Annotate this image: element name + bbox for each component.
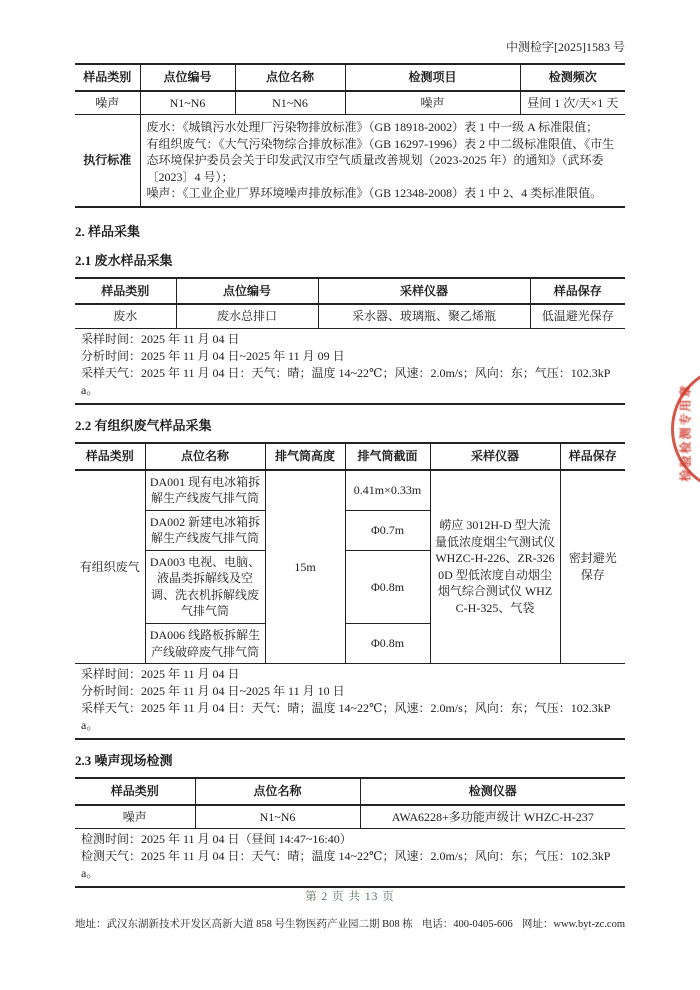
footer-address-text: 地址：武汉东湖新技术开发区高新大道 858 号生物医药产业园二期 B08 栋 bbox=[75, 916, 413, 931]
col-header-point-name: 点位名称 bbox=[195, 778, 360, 805]
col-header-frequency: 检测频次 bbox=[520, 64, 625, 91]
col-header-test-item: 检测项目 bbox=[345, 64, 520, 91]
section-title-organized-gas: 2.2 有组织废气样品采集 bbox=[75, 415, 625, 434]
noise-data-row: 噪声 N1~N6 AWA6228+多功能声级计 WHZC-H-237 bbox=[75, 805, 625, 829]
note-detection-time: 检测时间：2025 年 11 月 04 日（昼间 14:47~16:40） bbox=[81, 831, 619, 848]
section-title-sampling: 2. 样品采集 bbox=[75, 221, 625, 240]
cell-point-code: 废水总排口 bbox=[176, 304, 318, 328]
cell-point-name: DA002 新建电冰箱拆解生产线废气排气筒 bbox=[145, 510, 265, 550]
standards-label: 执行标准 bbox=[75, 115, 140, 207]
standard-line-wastewater: 废水：《城镇污水处理厂污染物排放标准》（GB 18918-2002）表 1 中一… bbox=[147, 119, 620, 136]
gas-header-row: 样品类别 点位名称 排气筒高度 排气筒截面 采样仪器 样品保存 bbox=[75, 443, 625, 470]
red-seal-stamp: 检验检测专用章 bbox=[666, 360, 700, 506]
page-content: 样品类别 点位编号 点位名称 检测项目 检测频次 噪声 N1~N6 N1~N6 … bbox=[75, 63, 625, 888]
cell-preservation: 密封避光保存 bbox=[560, 470, 625, 664]
wastewater-notes-row: 采样时间：2025 年 11 月 04 日 分析时间：2025 年 11 月 0… bbox=[75, 328, 625, 404]
col-header-instrument: 采样仪器 bbox=[318, 278, 530, 305]
gas-row-da001: 有组织废气 DA001 现有电冰箱拆解生产线废气排气筒 15m 0.41m×0.… bbox=[75, 470, 625, 511]
cell-instrument: 崂应 3012H-D 型大流量低浓度烟尘气测试仪 WHZC-H-226、ZR-3… bbox=[430, 470, 560, 664]
note-sampling-weather: 采样天气：2025 年 11 月 04 日：天气：晴；温度 14~22℃；风速：… bbox=[81, 700, 619, 734]
wastewater-table: 样品类别 点位编号 采样仪器 样品保存 废水 废水总排口 采水器、玻璃瓶、聚乙烯… bbox=[75, 277, 625, 405]
cell-stack-section: 0.41m×0.33m bbox=[345, 470, 430, 511]
cell-preservation: 低温避光保存 bbox=[530, 304, 625, 328]
seal-ring-icon bbox=[671, 365, 700, 493]
col-header-stack-section: 排气筒截面 bbox=[345, 443, 430, 470]
cell-stack-section: Φ0.8m bbox=[345, 623, 430, 663]
overview-header-row: 样品类别 点位编号 点位名称 检测项目 检测频次 bbox=[75, 64, 625, 91]
cell-point-name: N1~N6 bbox=[195, 805, 360, 829]
gas-notes-row: 采样时间：2025 年 11 月 04 日 分析时间：2025 年 11 月 0… bbox=[75, 664, 625, 740]
footer-contact-line: 地址：武汉东湖新技术开发区高新大道 858 号生物医药产业园二期 B08 栋 电… bbox=[75, 916, 625, 931]
cell-test-item: 噪声 bbox=[345, 91, 520, 115]
col-header-preservation: 样品保存 bbox=[530, 278, 625, 305]
overview-table: 样品类别 点位编号 点位名称 检测项目 检测频次 噪声 N1~N6 N1~N6 … bbox=[75, 63, 625, 208]
footer-phone: 电话：400-0405-606 bbox=[422, 916, 513, 931]
wastewater-header-row: 样品类别 点位编号 采样仪器 样品保存 bbox=[75, 278, 625, 305]
cell-stack-section: Φ0.7m bbox=[345, 510, 430, 550]
col-header-preservation: 样品保存 bbox=[560, 443, 625, 470]
col-header-point-code: 点位编号 bbox=[140, 64, 235, 91]
note-analysis-time: 分析时间：2025 年 11 月 04 日~2025 年 11 月 09 日 bbox=[81, 348, 619, 365]
col-header-sample-type: 样品类别 bbox=[75, 64, 140, 91]
cell-stack-section: Φ0.8m bbox=[345, 550, 430, 623]
page-number: 第 2 页 共 13 页 bbox=[0, 888, 700, 904]
noise-notes: 检测时间：2025 年 11 月 04 日（昼间 14:47~16:40） 检测… bbox=[75, 829, 625, 888]
footer-website: 网址：www.byt-zc.com bbox=[522, 916, 625, 931]
noise-header-row: 样品类别 点位名称 检测仪器 bbox=[75, 778, 625, 805]
note-sampling-weather: 采样天气：2025 年 11 月 04 日：天气：晴；温度 14~22℃；风速：… bbox=[81, 365, 619, 399]
gas-notes: 采样时间：2025 年 11 月 04 日 分析时间：2025 年 11 月 0… bbox=[75, 664, 625, 740]
seal-text: 检验检测专用章 bbox=[677, 378, 694, 488]
section-title-wastewater: 2.1 废水样品采集 bbox=[75, 250, 625, 269]
col-header-point-name: 点位名称 bbox=[145, 443, 265, 470]
gas-table: 样品类别 点位名称 排气筒高度 排气筒截面 采样仪器 样品保存 有组织废气 DA… bbox=[75, 442, 625, 740]
cell-instrument: AWA6228+多功能声级计 WHZC-H-237 bbox=[360, 805, 625, 829]
col-header-stack-height: 排气筒高度 bbox=[265, 443, 345, 470]
col-header-sample-type: 样品类别 bbox=[75, 778, 195, 805]
note-sampling-time: 采样时间：2025 年 11 月 04 日 bbox=[81, 331, 619, 348]
cell-sample-type: 噪声 bbox=[75, 805, 195, 829]
standard-line-gas: 有组织废气：《大气污染物综合排放标准》（GB 16297-1996）表 2 中二… bbox=[147, 136, 620, 186]
document-page: 中测检字[2025]1583 号 样品类别 点位编号 点位名称 检测项目 检测频… bbox=[0, 0, 700, 990]
cell-sample-type: 有组织废气 bbox=[75, 470, 145, 664]
cell-sample-type: 噪声 bbox=[75, 91, 140, 115]
col-header-sample-type: 样品类别 bbox=[75, 443, 145, 470]
noise-table: 样品类别 点位名称 检测仪器 噪声 N1~N6 AWA6228+多功能声级计 W… bbox=[75, 777, 625, 888]
col-header-sample-type: 样品类别 bbox=[75, 278, 176, 305]
cell-point-code: N1~N6 bbox=[140, 91, 235, 115]
section-title-noise: 2.3 噪声现场检测 bbox=[75, 750, 625, 769]
col-header-point-code: 点位编号 bbox=[176, 278, 318, 305]
col-header-instrument: 检测仪器 bbox=[360, 778, 625, 805]
cell-point-name: DA001 现有电冰箱拆解生产线废气排气筒 bbox=[145, 470, 265, 511]
cell-frequency: 昼间 1 次/天×1 天 bbox=[520, 91, 625, 115]
overview-data-row: 噪声 N1~N6 N1~N6 噪声 昼间 1 次/天×1 天 bbox=[75, 91, 625, 115]
col-header-point-name: 点位名称 bbox=[235, 64, 345, 91]
col-header-instrument: 采样仪器 bbox=[430, 443, 560, 470]
note-detection-weather: 检测天气：2025 年 11 月 04 日：天气：晴；温度 14~22℃；风速：… bbox=[81, 848, 619, 882]
note-analysis-time: 分析时间：2025 年 11 月 04 日~2025 年 11 月 10 日 bbox=[81, 683, 619, 700]
standards-row: 执行标准 废水：《城镇污水处理厂污染物排放标准》（GB 18918-2002）表… bbox=[75, 115, 625, 207]
cell-instrument: 采水器、玻璃瓶、聚乙烯瓶 bbox=[318, 304, 530, 328]
standards-content: 废水：《城镇污水处理厂污染物排放标准》（GB 18918-2002）表 1 中一… bbox=[140, 115, 625, 207]
cell-stack-height: 15m bbox=[265, 470, 345, 664]
cell-sample-type: 废水 bbox=[75, 304, 176, 328]
standard-line-noise: 噪声：《工业企业厂界环境噪声排放标准》（GB 12348-2008）表 1 中 … bbox=[147, 185, 620, 202]
doc-number: 中测检字[2025]1583 号 bbox=[0, 0, 625, 55]
cell-point-name: DA006 线路板拆解生产线破碎废气排气筒 bbox=[145, 623, 265, 663]
cell-point-name: N1~N6 bbox=[235, 91, 345, 115]
wastewater-data-row: 废水 废水总排口 采水器、玻璃瓶、聚乙烯瓶 低温避光保存 bbox=[75, 304, 625, 328]
cell-point-name: DA003 电视、电脑、液晶类拆解线及空调、洗衣机拆解线废气排气筒 bbox=[145, 550, 265, 623]
wastewater-notes: 采样时间：2025 年 11 月 04 日 分析时间：2025 年 11 月 0… bbox=[75, 328, 625, 404]
noise-notes-row: 检测时间：2025 年 11 月 04 日（昼间 14:47~16:40） 检测… bbox=[75, 829, 625, 888]
note-sampling-time: 采样时间：2025 年 11 月 04 日 bbox=[81, 666, 619, 683]
